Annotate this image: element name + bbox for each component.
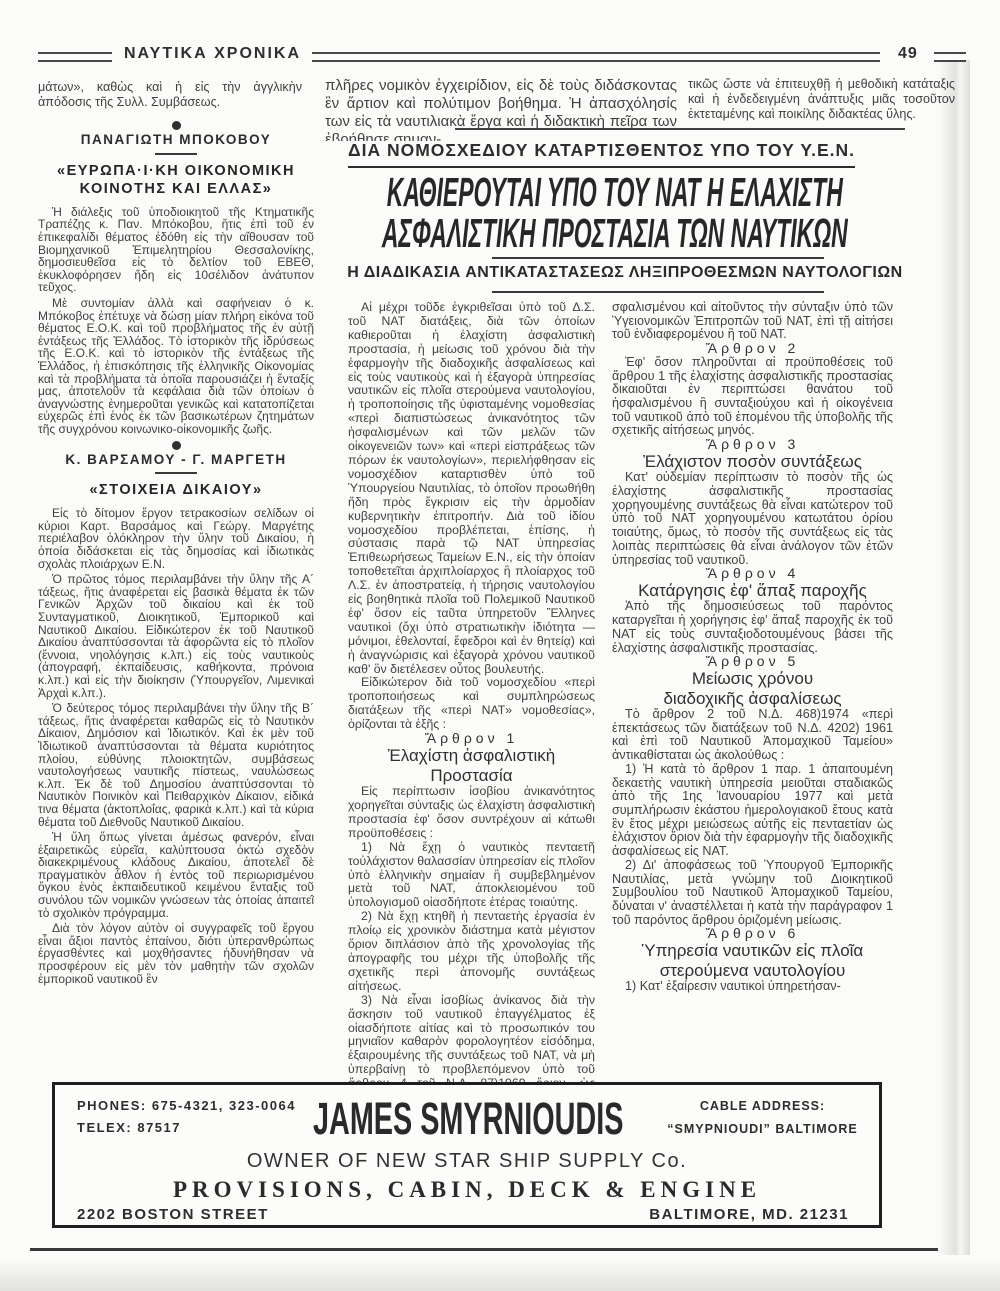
header-rule-center: [312, 52, 880, 62]
ad-owner-line: OWNER OF NEW STAR SHIP SUPPLY Co.: [55, 1150, 879, 1173]
section-bullet-icon: [172, 441, 181, 450]
article-paragraph: 1) Ἡ κατὰ τὸ ἄρθρον 1 παρ. 1 ἀπαιτουμένη…: [612, 763, 893, 859]
review1-author: ΠΑΝΑΓΙΩΤΗ ΜΠΟΚΟΒΟΥ: [38, 134, 314, 147]
ad-telex-line: TELEX: 87517: [77, 1117, 296, 1139]
section-bullet-icon: [172, 121, 181, 130]
ad-company-name: JAMES SMYRNIOUDIS: [313, 1093, 623, 1145]
article-5-subtitle: Μείωσις χρόνου διαδοχικῆς ἀσφαλίσεως: [653, 669, 853, 708]
reviews-column: ΠΑΝΑΓΙΩΤΗ ΜΠΟΚΟΒΟΥ «ΕΥΡΩΠΑ·Ι·ΚΗ ΟΙΚΟΝΟΜΙ…: [38, 116, 314, 1078]
article-subheadline: Η ΔΙΑΔΙΚΑΣΙΑ ΑΝΤΙΚΑΤΑΣΤΑΣΕΩΣ ΛΗΞΙΠΡΟΘΕΣΜ…: [330, 264, 920, 282]
top-strip-divider-rule: [455, 128, 905, 130]
advertisement-box: PHONES: 675-4321, 323-0064 TELEX: 87517 …: [52, 1082, 882, 1228]
scan-edge-shadow-right: [938, 60, 970, 1255]
article-3-subtitle: Ἐλάχιστον ποσὸν συντάξεως: [612, 452, 893, 472]
magazine-page: { "header": { "title": "ΝΑΥΤΙΚΑ ΧΡΟΝΙΚΑ"…: [0, 0, 1000, 1291]
article-4-subtitle: Κατάργησις ἐφ' ἅπαξ παροχῆς: [612, 581, 893, 601]
review2-paragraph: Ὁ πρῶτος τόμος περιλαμβάνει τὴν ὕλην τῆς…: [38, 573, 314, 699]
header-rule-left: [38, 52, 112, 62]
ad-products-line: PROVISIONS, CABIN, DECK & ENGINE: [55, 1177, 879, 1203]
review1-paragraph: Μὲ συντομίαν ἀλλὰ καὶ σαφήνειαν ὁ κ. Μπό…: [38, 297, 314, 436]
article-paragraph: 2) Δι' ἀποφάσεως τοῦ Ὑπουργοῦ Ἐμπορικῆς …: [612, 859, 893, 928]
review2-paragraph: Διὰ τὸν λόγον αὐτὸν οἱ συγγραφεῖς τοῦ ἔρ…: [38, 922, 314, 985]
ad-street-address: 2202 BOSTON STREET: [77, 1206, 269, 1223]
ad-cable-address: CABLE ADDRESS: “SMYPNIOUDI” BALTIMORE: [655, 1095, 870, 1140]
magazine-title: ΝΑΥΤΙΚΑ ΧΡΟΝΙΚΑ: [124, 45, 301, 63]
article-paragraph: Εἰς περίπτωσιν ἰσοβίου ἀνικανότητος χορη…: [348, 785, 595, 841]
article-paragraph: Ἀπὸ τῆς δημοσιεύσεως τοῦ παρόντος καταργ…: [612, 600, 893, 655]
article-6-heading: Ἄρθρον 6: [612, 927, 893, 941]
subheadline-rule-top: [492, 257, 824, 259]
article-body-column-1: Αἱ μέχρι τοῦδε ἐγκριθεῖσαι ὑπὸ τοῦ Δ.Σ. …: [348, 301, 595, 1083]
review2-paragraph: Ἡ ὕλη ὅπως γίνεται ἀμέσως φανερόν, εἶναι…: [38, 831, 314, 919]
article-headline-line2-wrap: ΑΣΦΑΛΙΣΤΙΚΗ ΠΡΟΣΤΑΣΙΑ ΤΩΝ ΝΑΥΤΙΚΩΝ: [332, 213, 1000, 253]
subheadline-rule-bottom: [492, 291, 824, 293]
article-paragraph: Ἐφ' ὅσον πληροῦνται αἱ προϋποθέσεις τοῦ …: [612, 356, 893, 438]
review2-paragraph: Ὁ δεύτερος τόμος περιλαμβάνει τὴν ὕλην τ…: [38, 702, 314, 828]
article-headline-line1: ΚΑΘΙΕΡΟΥΤΑΙ ΥΠΟ ΤΟΥ ΝΑΤ Η ΕΛΑΧΙΣΤΗ: [332, 172, 898, 212]
article-paragraph: 1) Κατ' ἐξαίρεσιν ναυτικοὶ ὑπηρετήσαν-: [612, 980, 893, 994]
article-3-heading: Ἄρθρον 3: [612, 438, 893, 452]
carryover-text-col1: μάτων», καθὼς καὶ ἡ εἰς τὴν ἀγγλικὴν ἀπό…: [38, 80, 302, 112]
review2-paragraph: Εἰς τὸ δίτομον ἔργον τετρακοσίων σελίδων…: [38, 507, 314, 570]
article-paragraph: 2) Νὰ ἔχῃ κτηθῆ ἡ πενταετὴς ἐργασία ἐν π…: [348, 910, 595, 993]
article-paragraph: σφαλισμένου καὶ αἰτοῦντος τὴν σύνταξιν ὑ…: [612, 301, 893, 342]
article-paragraph: Τὸ ἄρθρον 2 τοῦ Ν.Δ. 468)1974 «περὶ ἐπεκ…: [612, 708, 893, 763]
article-paragraph: Αἱ μέχρι τοῦδε ἐγκριθεῖσαι ὑπὸ τοῦ Δ.Σ. …: [348, 301, 595, 676]
article-paragraph: 3) Νὰ εἶναι ἰσοβίως ἀνίκανος διὰ τὴν ἄσκ…: [348, 994, 595, 1083]
article-1-heading: Ἄρθρον 1: [348, 732, 595, 746]
article-kicker: ΔΙΑ ΝΟΜΟΣΧΕΔΙΟΥ ΚΑΤΑΡΤΙΣΘΕΝΤΟΣ ΥΠΟ ΤΟΥ Υ…: [348, 140, 855, 168]
review2-title: «ΣΤΟΙΧΕΙΑ ΔΙΚΑΙΟΥ»: [38, 481, 314, 499]
carryover-text-col2: πλῆρες νομικὸν ἐγχειρίδιον, εἰς δὲ τοὺς …: [325, 77, 677, 141]
carryover-text-col3: τικῶς ὥστε νὰ ἐπιτευχθῇ ἡ μεθοδικὴ κατάτ…: [688, 77, 955, 141]
ad-city-address: BALTIMORE, MD. 21231: [649, 1206, 849, 1223]
review2-authors: Κ. ΒΑΡΣΑΜΟΥ - Γ. ΜΑΡΓΕΤΗ: [38, 454, 314, 467]
page-bottom-rule: [30, 1248, 938, 1251]
article-4-heading: Ἄρθρον 4: [612, 567, 893, 581]
review1-paragraph: Ἡ διάλεξις τοῦ ὑποδιοικητοῦ τῆς Κτηματικ…: [38, 206, 314, 294]
article-5-heading: Ἄρθρον 5: [612, 655, 893, 669]
article-paragraph: Εἰδικώτερον διὰ τοῦ νομοσχεδίου «περὶ τρ…: [348, 676, 595, 732]
scan-edge-shadow-bottom: [0, 1258, 1000, 1291]
page-number: 49: [898, 45, 918, 63]
article-paragraph: 1) Νὰ ἔχῃ ὁ ναυτικὸς πενταετῆ τοὐλάχιστο…: [348, 841, 595, 911]
ad-cable-value: “SMYPNIOUDI” BALTIMORE: [655, 1118, 870, 1141]
ad-phones: PHONES: 675-4321, 323-0064 TELEX: 87517: [77, 1095, 296, 1139]
ad-cable-label: CABLE ADDRESS:: [655, 1095, 870, 1118]
article-headline-line2: ΑΣΦΑΛΙΣΤΙΚΗ ΠΡΟΣΤΑΣΙΑ ΤΩΝ ΝΑΥΤΙΚΩΝ: [332, 213, 898, 253]
article-kicker-wrap: ΔΙΑ ΝΟΜΟΣΧΕΔΙΟΥ ΚΑΤΑΡΤΙΣΘΕΝΤΟΣ ΥΠΟ ΤΟΥ Υ…: [348, 140, 855, 168]
article-headline-line1-wrap: ΚΑΘΙΕΡΟΥΤΑΙ ΥΠΟ ΤΟΥ ΝΑΤ Η ΕΛΑΧΙΣΤΗ: [332, 172, 1000, 212]
article-1-subtitle: Ἐλαχίστη ἀσφαλιστικὴ Προστασία: [348, 746, 595, 785]
article-paragraph: Κατ' οὐδεμίαν περίπτωσιν τὸ ποσὸν τῆς ὡς…: [612, 471, 893, 567]
ad-phones-line: PHONES: 675-4321, 323-0064: [77, 1095, 296, 1117]
byline-rule: [155, 472, 197, 474]
article-2-heading: Ἄρθρον 2: [612, 342, 893, 356]
article-body-column-2: σφαλισμένου καὶ αἰτοῦντος τὴν σύνταξιν ὑ…: [612, 301, 893, 1083]
byline-rule: [155, 153, 197, 155]
article-6-subtitle: Ὑπηρεσία ναυτικῶν εἰς πλοῖα στερούμενα ν…: [638, 941, 868, 980]
review1-title: «ΕΥΡΩΠΑ·Ι·ΚΗ ΟΙΚΟΝΟΜΙΚΗ ΚΟΙΝΟΤΗΣ ΚΑΙ ΕΛΛ…: [38, 162, 314, 198]
